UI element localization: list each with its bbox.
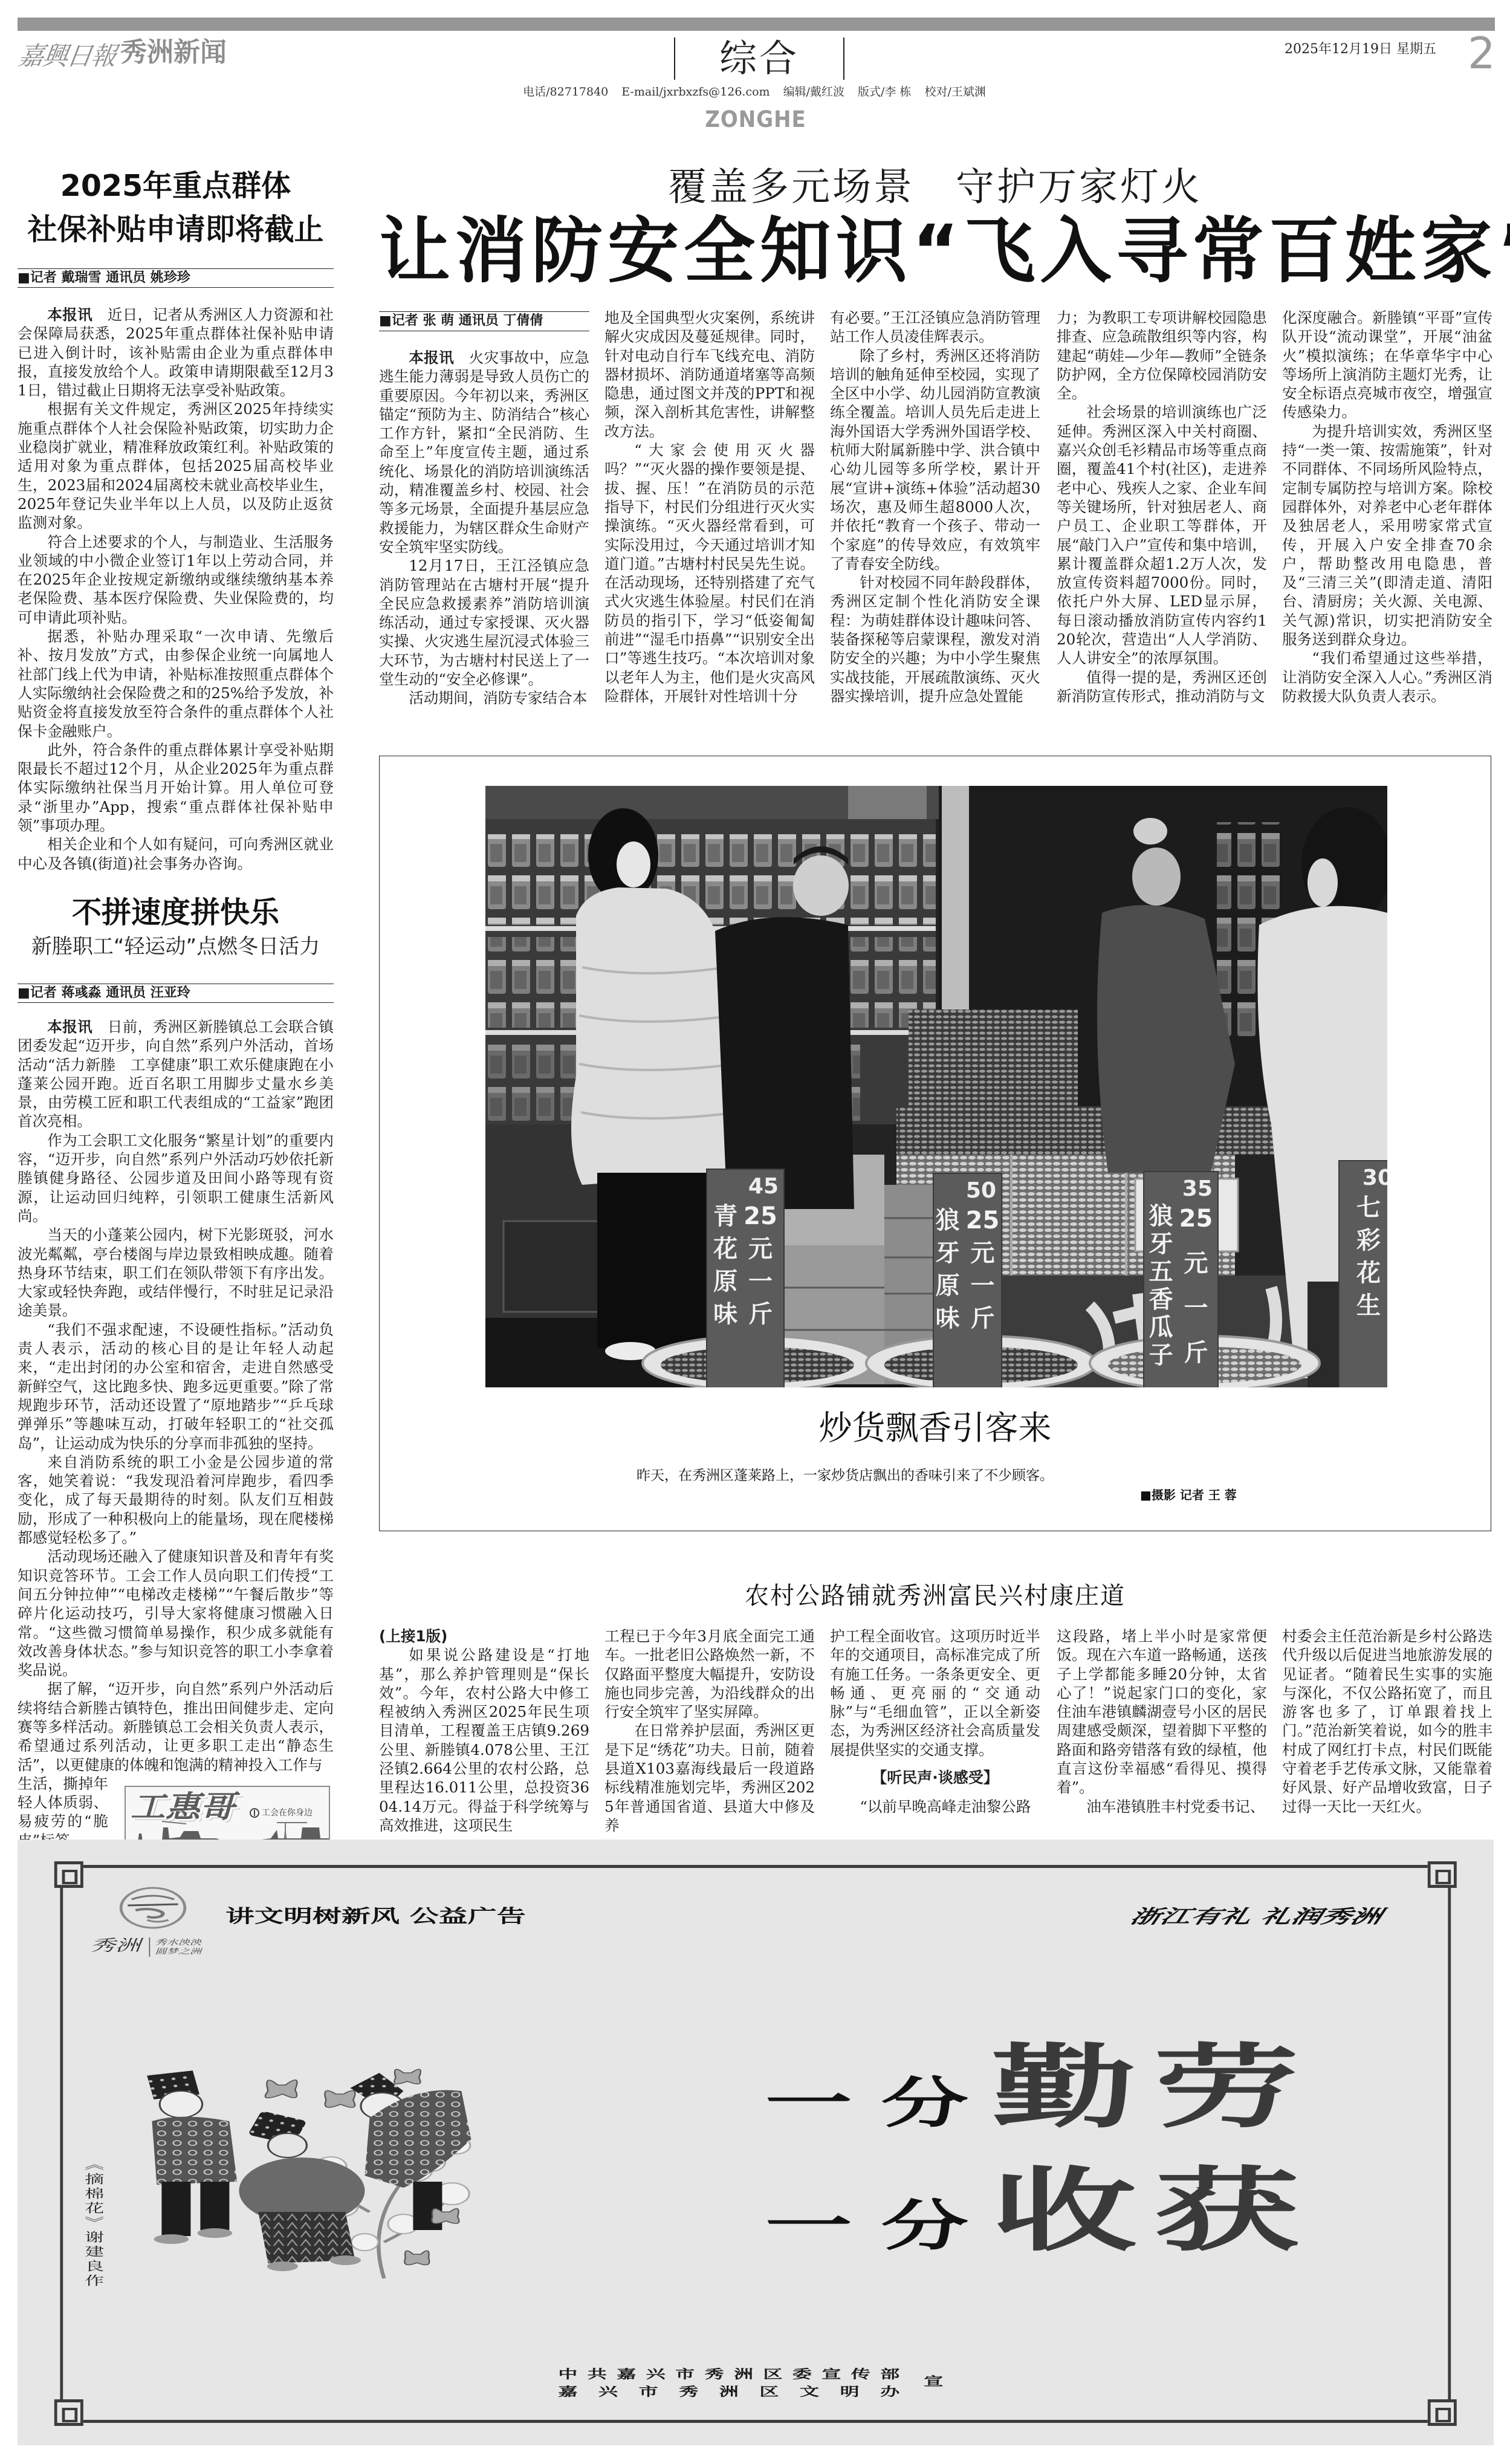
ad-label: 讲文明树新风 公益广告 <box>225 1906 526 1928</box>
badge-title: 工惠哥 <box>131 1791 235 1823</box>
sign-top-label: 50 <box>939 1178 996 1204</box>
paragraph: 除了乡村，秀洲区还将消防培训的触角延伸至校园，实现了全区中小学、幼儿园消防宣教演… <box>830 346 1040 574</box>
article-body: 本报讯近日，记者从秀洲区人力资源和社会保障局获悉，2025年重点群体社保补贴申请… <box>18 305 334 873</box>
feature-headline: 让消防安全知识“飞入寻常百姓家” <box>379 212 1491 290</box>
paragraph: 本报讯火灾事故中，应急逃生能力薄弱是导致人员伤亡的重要原因。今年初以来，秀洲区锚… <box>379 348 589 556</box>
paragraph-continued: 村委会主任范治新是乡村公路迭代升级以后促进当地旅游发展的见证者。“随着民生实事的… <box>1282 1627 1492 1816</box>
sign-product: 狼牙五香瓜子 <box>1149 1202 1173 1369</box>
feature-kicker: 覆盖多元场景 守护万家灯火 <box>379 166 1491 209</box>
contact-proofreader: 校对/王斌渊 <box>924 85 985 99</box>
paragraph: 据悉，补贴办理采取“一次申请、先缴后补、按月发放”方式，由参保企业统一向属地人社… <box>18 627 334 741</box>
dateline: 本报讯 <box>47 1018 92 1036</box>
paragraph: “以前早晚高峰走油黎公路 <box>830 1797 1040 1816</box>
divider <box>149 1937 151 1957</box>
page-number: 2 <box>1468 31 1495 75</box>
ad-sponsor-suffix: 宣 <box>924 2374 943 2388</box>
paragraph: 活动现场还融入了健康知识普及和青年有奖知识竞答环节。工会工作人员向职工们传授“工… <box>18 1547 334 1679</box>
feature-byline: ■记者 张 萌 通讯员 丁倩倩 <box>379 311 589 331</box>
corner-ornament-icon <box>1428 1861 1457 1888</box>
contact-layout: 版式/李 栋 <box>858 85 911 99</box>
lower-column-5: 村委会主任范治新是乡村公路迭代升级以后促进当地旅游发展的见证者。“随着民生实事的… <box>1282 1627 1492 1816</box>
continued-from-label: (上接1版) <box>379 1627 589 1645</box>
paragraph: 据了解，“迈开步，向自然”系列户外活动后续将结合新塍古镇特色，推出田间健步走、定… <box>18 1679 334 1774</box>
corner-ornament-icon <box>1428 2399 1457 2426</box>
page-section-title: 综合 <box>719 36 799 80</box>
article-byline: ■记者 戴瑞雪 通讯员 姚珍珍 <box>18 268 334 288</box>
paragraph: 活动期间，消防专家结合本 <box>379 689 589 707</box>
paragraph-continued: 化深度融合。新塍镇“平哥”宣传队开设“流动课堂”，开展“油盆火”模拟演练；在华章… <box>1282 308 1492 422</box>
feature-column-3: 有必要。”王江泾镇应急消防管理站工作人员凌佳辉表示。 除了乡村，秀洲区还将消防培… <box>830 308 1040 705</box>
badge-tagline: 工会在你身边 <box>250 1807 313 1818</box>
sign-product: 狼牙原味 <box>936 1204 960 1335</box>
dateline: 本报讯 <box>409 349 454 366</box>
xiuzhou-emblem-icon <box>118 1886 187 1930</box>
feature-column-2: 地及全国典型火灾案例，系统讲解火灾成因及蔓延规律。同时，针对电动自行车飞线充电、… <box>604 308 815 705</box>
paragraph-tail: 生活，撕掉年轻人体质弱、易疲劳的“脆皮”标签。 <box>18 1774 108 1850</box>
paragraph: 12月17日，王江泾镇应急消防管理站在古塘村开展“提升全民应急救援素养”消防培训… <box>379 556 589 689</box>
ad-headline-prefix: 一分 <box>765 2199 997 2254</box>
newspaper-logo: 嘉興日報 <box>16 36 118 73</box>
section-brand: 秀洲新闻 <box>120 37 227 68</box>
paragraph: “我们希望通过这些举措，让消防安全深入人心。”秀洲区消防救援大队负责人表示。 <box>1282 649 1492 705</box>
paragraph: 社会场景的培训演练也广泛延伸。秀洲区深入中关村商圈、嘉兴众创毛衫精品市场等重点商… <box>1057 403 1267 667</box>
paragraph: “我们不强求配速，不设硬性指标。”活动负责人表示，活动的核心目的是让年轻人动起来… <box>18 1320 334 1453</box>
page-section-box: 综合 <box>674 37 844 80</box>
paragraph: 当天的小蓬莱公园内，树下光影斑驳，河水波光粼粼，亭台楼阁与岸边景致相映成趣。随着… <box>18 1225 334 1320</box>
article-headline: 2025年重点群体 社保补贴申请即将截止 <box>18 164 334 251</box>
issue-date: 2025年12月19日 星期五 <box>1285 42 1436 57</box>
headline-line: 社保补贴申请即将截止 <box>18 208 334 251</box>
cotton-picking-illustration <box>123 2061 664 2279</box>
sign-product: 青花原味 <box>713 1200 737 1331</box>
paragraph-continued: 工程已于今年3月底全面完工通车。一批老旧公路焕然一新，不仅路面平整度大幅提升，安… <box>604 1627 815 1721</box>
article-headline: 不拼速度拼快乐 <box>18 891 334 935</box>
lower-column-3: 护工程全面收官。这项历时近半年的交通项目，高标准完成了所有施工任务。一条条更安全… <box>830 1627 1040 1816</box>
sign-top-label: 30 <box>1344 1165 1387 1191</box>
ad-logo-name: 秀洲 <box>90 1936 140 1956</box>
photo-credit: ■摄影 记者 王 蓉 <box>1140 1487 1237 1503</box>
price-sign: 45 青花原味 25元一斤 <box>706 1169 785 1387</box>
ad-logo-motto: 秀水泱泱 圆梦之洲 <box>155 1938 201 1956</box>
paragraph: 本报讯近日，记者从秀洲区人力资源和社会保障局获悉，2025年重点群体社保补贴申请… <box>18 305 334 400</box>
paragraph-continued: 地及全国典型火灾案例，系统讲解火灾成因及蔓延规律。同时，针对电动自行车飞线充电、… <box>604 308 815 441</box>
feature-column-1: 本报讯火灾事故中，应急逃生能力薄弱是导致人员伤亡的重要原因。今年初以来，秀洲区锚… <box>379 348 589 708</box>
price-sign: 35 狼牙五香瓜子 25元一斤 <box>1143 1171 1219 1387</box>
lower-column-1: (上接1版) 如果说公路建设是“打地基”，那么养护管理则是“保长效”。今年，农村… <box>379 1627 589 1835</box>
feature-column-4: 力；为教职工专项讲解校园隐患排查、应急疏散组织等内容，构建起“萌娃—少年—教师”… <box>1057 308 1267 705</box>
feature-column-5: 化深度融合。新塍镇“平哥”宣传队开设“流动课堂”，开展“油盆火”模拟演练；在华章… <box>1282 308 1492 705</box>
paragraph: 油车港镇胜丰村党委书记、 <box>1057 1797 1267 1816</box>
photo-description: 昨天，在秀洲区蓬莱路上，一家炒货店飘出的香味引来了不少顾客。 <box>637 1467 1054 1484</box>
paragraph: 符合上述要求的个人，与制造业、生活服务业领域的中小微企业签订1年以上劳动合同，并… <box>18 533 334 627</box>
sign-product: 七彩花生 <box>1356 1191 1381 1322</box>
contact-editor: 编辑/戴红波 <box>783 85 844 99</box>
paragraph: 本报讯日前，秀洲区新塍镇总工会联合镇团委发起“迈开步，向自然”系列户外活动，首场… <box>18 1017 334 1131</box>
paragraph: 如果说公路建设是“打地基”，那么养护管理则是“保长效”。今年，农村公路大中修工程… <box>379 1645 589 1835</box>
ad-headline-main: 收获 <box>991 2166 1317 2257</box>
union-emblem-icon <box>250 1808 259 1818</box>
sponsor: 中共嘉兴市秀洲区委宣传部 <box>558 2365 899 2383</box>
photo-title: 炒货飘香引客来 <box>379 1409 1491 1447</box>
sign-price: 25元一斤 <box>744 1200 777 1331</box>
lower-column-4: 这段路，堵上半小时是家常便饭。现在六车道一路畅通，送孩子上学都能多睡20分钟，太… <box>1057 1627 1267 1816</box>
corner-ornament-icon <box>54 1861 83 1888</box>
contact-phone: 电话/82717840 <box>523 85 608 99</box>
paragraph-continued: 力；为教职工专项讲解校园隐患排查、应急疏散组织等内容，构建起“萌娃—少年—教师”… <box>1057 308 1267 403</box>
paragraph: 作为工会职工文化服务“繁星计划”的重要内容，“迈开步，向自然”系列户外活动巧妙依… <box>18 1131 334 1225</box>
ad-headline-prefix: 一分 <box>765 2077 997 2131</box>
masthead-bar <box>18 18 1495 31</box>
paragraph: 此外，符合条件的重点群体累计享受补贴期限最长不超过12个月，从企业2025年为重… <box>18 741 334 835</box>
article-body: 本报讯日前，秀洲区新塍镇总工会联合镇团委发起“迈开步，向自然”系列户外活动，首场… <box>18 1017 334 1852</box>
paragraph: “大家会使用灭火器吗？”“灭火器的操作要领是提、拔、握、压！”在消防员的示范指导… <box>604 441 815 705</box>
sign-top-label: 35 <box>1149 1176 1213 1202</box>
ad-headline-main: 勤劳 <box>991 2043 1317 2133</box>
sign-price: 25元一斤 <box>1179 1202 1213 1369</box>
public-service-ad: 秀洲 秀水泱泱 圆梦之洲 讲文明树新风 公益广告 浙江有礼 礼润秀洲 <box>18 1840 1494 2445</box>
paragraph-continued: 有必要。”王江泾镇应急消防管理站工作人员凌佳辉表示。 <box>830 308 1040 346</box>
paragraph: 根据有关文件规定，秀洲区2025年持续实施重点群体个人社会保险补贴政策，切实助力… <box>18 400 334 532</box>
contact-line: 电话/82717840 E-mail/jxrbxzfs@126.com 编辑/戴… <box>452 85 1057 99</box>
news-photo: 45 青花原味 25元一斤 50 狼牙原味 25元一斤 35 狼牙五香瓜子 <box>485 786 1387 1387</box>
section-pinyin: ZONGHE <box>665 108 846 132</box>
lower-article-headline: 农村公路铺就秀洲富民兴村康庄道 <box>379 1581 1491 1610</box>
article-subheadline: 新塍职工“轻运动”点燃冬日活力 <box>18 933 334 960</box>
sponsor: 嘉兴市秀洲区文明办 <box>558 2383 899 2401</box>
sign-top-label: 45 <box>712 1173 779 1200</box>
price-sign: 30 七彩花生 <box>1338 1160 1387 1387</box>
sign-price: 25元一斤 <box>966 1204 1000 1335</box>
paragraph: 来自消防系统的职工小金是公园步道的常客，她笑着说：“我发现沿着河岸跑步，看四季变… <box>18 1453 334 1547</box>
price-sign: 50 狼牙原味 25元一斤 <box>933 1173 1002 1387</box>
paragraph: 相关企业和个人如有疑问，可向秀洲区就业中心及各镇(街道)社会事务办咨询。 <box>18 835 334 873</box>
lower-column-2: 工程已于今年3月底全面完工通车。一批老旧公路焕然一新，不仅路面平整度大幅提升，安… <box>604 1627 815 1835</box>
section-subhead: 【听民声·谈感受】 <box>830 1759 1040 1797</box>
corner-ornament-icon <box>54 2399 83 2426</box>
paragraph: 为提升培训实效，秀洲区坚持“一类一策、按需施策”，针对不同群体、不同场所风险特点… <box>1282 422 1492 649</box>
paragraph: 在日常养护层面，秀洲区更是下足“绣花”功夫。日前，随着县道X103嘉海线最后一段… <box>604 1721 815 1835</box>
paragraph-continued: 这段路，堵上半小时是家常便饭。现在六车道一路畅通，送孩子上学都能多睡20分钟，太… <box>1057 1627 1267 1797</box>
artwork-credit: 《摘棉花》谢建良作 <box>82 2158 105 2289</box>
article-byline: ■记者 蒋彧淼 通讯员 汪亚玲 <box>18 984 334 1003</box>
headline-line: 2025年重点群体 <box>18 164 334 208</box>
paragraph-continued: 护工程全面收官。这项历时近半年的交通项目，高标准完成了所有施工任务。一条条更安全… <box>830 1627 1040 1759</box>
paragraph: 针对校园不同年龄段群体，秀洲区定制个性化消防安全课程：为萌娃群体设计趣味问答、装… <box>830 573 1040 705</box>
dateline: 本报讯 <box>47 306 92 323</box>
contact-email: E-mail/jxrbxzfs@126.com <box>621 85 770 99</box>
ad-slogan: 浙江有礼 礼润秀洲 <box>1127 1905 1384 1929</box>
paragraph: 值得一提的是，秀洲区还创新消防宣传形式，推动消防与文 <box>1057 668 1267 706</box>
ad-sponsors: 中共嘉兴市秀洲区委宣传部 嘉兴市秀洲区文明办 <box>558 2365 899 2401</box>
